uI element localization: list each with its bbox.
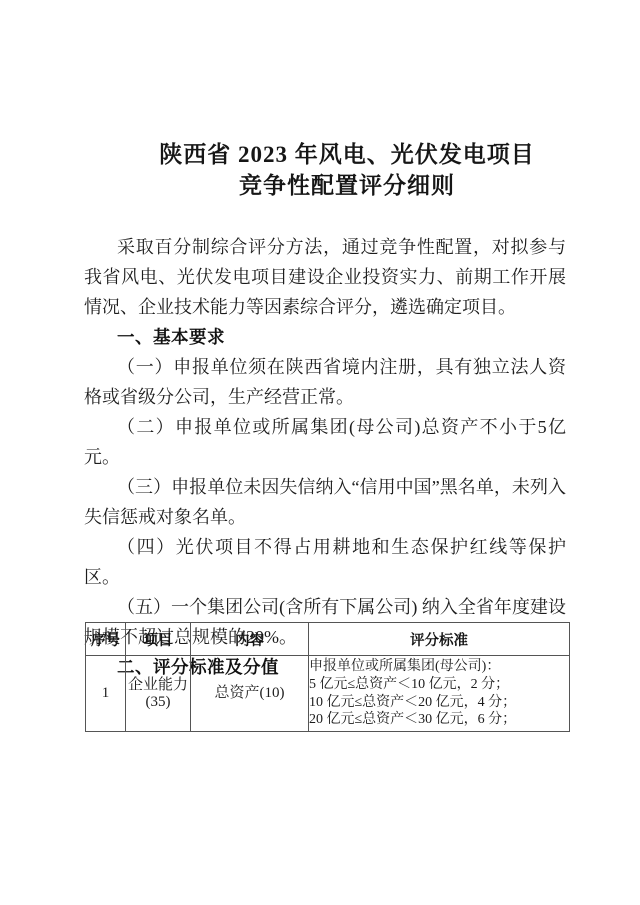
requirement-item-2: （二）申报单位或所属集团(母公司)总资产不小于5亿元。 [84,412,566,472]
title-line-2: 竞争性配置评分细则 [54,170,640,201]
cell-item-line-2: (35) [126,694,190,711]
table-header-serial: 序号 [86,623,126,656]
document-title: 陕西省 2023 年风电、光伏发电项目 竞争性配置评分细则 [0,139,640,201]
cell-item-line-1: 企业能力 [126,677,190,694]
cell-item: 企业能力 (35) [126,656,191,732]
requirement-item-4: （四）光伏项目不得占用耕地和生态保护红线等保护区。 [84,532,566,592]
requirement-item-1: （一）申报单位须在陕西省境内注册，具有独立法人资格或省级分公司，生产经营正常。 [84,352,566,412]
table-header-item: 项目 [126,623,191,656]
criteria-line-2: 5 亿元≤总资产＜10 亿元，2 分； [309,676,569,694]
table-row-1: 1 企业能力 (35) 总资产(10) 申报单位或所属集团(母公司)： 5 亿元… [86,656,570,732]
cell-content: 总资产(10) [191,656,309,732]
intro-paragraph: 采取百分制综合评分方法，通过竞争性配置，对拟参与我省风电、光伏发电项目建设企业投… [84,232,566,322]
table-header-content: 内容 [191,623,309,656]
criteria-line-1: 申报单位或所属集团(母公司)： [309,658,569,676]
criteria-line-3: 10 亿元≤总资产＜20 亿元，4 分； [309,694,569,712]
table-header-row: 序号 项目 内容 评分标准 [86,623,570,656]
document-page: 陕西省 2023 年风电、光伏发电项目 竞争性配置评分细则 采取百分制综合评分方… [0,0,640,905]
requirement-item-3: （三）申报单位未因失信纳入“信用中国”黑名单，未列入失信惩戒对象名单。 [84,472,566,532]
scoring-table: 序号 项目 内容 评分标准 1 企业能力 (35) 总资产(10) 申报单位或所… [85,622,570,732]
criteria-line-4: 20 亿元≤总资产＜30 亿元，6 分； [309,711,569,729]
title-line-1: 陕西省 2023 年风电、光伏发电项目 [54,139,640,170]
section-1-heading: 一、基本要求 [84,322,566,352]
cell-serial-number: 1 [86,656,126,732]
table-header-criteria: 评分标准 [309,623,570,656]
document-body: 采取百分制综合评分方法，通过竞争性配置，对拟参与我省风电、光伏发电项目建设企业投… [84,232,566,682]
cell-criteria: 申报单位或所属集团(母公司)： 5 亿元≤总资产＜10 亿元，2 分； 10 亿… [309,656,570,732]
